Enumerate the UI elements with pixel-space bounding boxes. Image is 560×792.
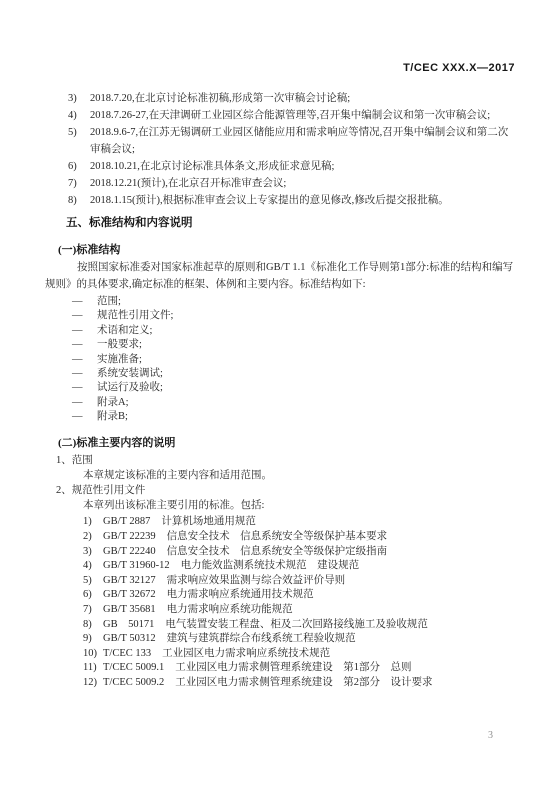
list-item-number: 3) <box>68 90 90 107</box>
referenced-standards-list: 1) GB/T 2887 计算机场地通用规范 2) GB/T 22239 信息安… <box>45 515 515 690</box>
clause-number: 1、 <box>56 455 72 466</box>
list-item-text: 附录A; <box>97 396 129 410</box>
list-item-number: 10) <box>83 647 103 662</box>
standard-name: 工业园区电力需求侧管理系统建设 第2部分 设计要求 <box>175 676 432 691</box>
list-item: 10) T/CEC 133 工业园区电力需求响应系统技术规范 <box>45 647 515 662</box>
structure-paragraph: 按照国家标准委对国家标准起草的原则和GB/T 1.1《标准化工作导则第1部分:标… <box>45 260 515 293</box>
standard-code: GB/T 32672 <box>103 588 156 603</box>
standard-name: 电力需求响应系统通用技术规范 <box>167 588 314 603</box>
list-item-text: 系统安装调试; <box>97 367 163 381</box>
list-item: 8) GB 50171 电气装置安装工程盘、柜及二次回路接线施工及验收规范 <box>45 618 515 633</box>
dash-bullet: — <box>72 324 97 338</box>
list-item: 9) GB/T 50312 建筑与建筑群综合布线系统工程验收规范 <box>45 632 515 647</box>
clause-body: 本章规定该标准的主要内容和适用范围。 <box>45 468 515 483</box>
list-item: 7) GB/T 35681 电力需求响应系统功能规范 <box>45 603 515 618</box>
standard-name: 建筑与建筑群综合布线系统工程验收规范 <box>167 632 356 647</box>
standard-name: 需求响应效果监测与综合效益评价导则 <box>167 574 346 589</box>
list-item-text: 2018.9.6-7,在江苏无锡调研工业园区储能应用和需求响应等情况,召开集中编… <box>90 124 515 158</box>
standard-code: GB/T 50312 <box>103 632 156 647</box>
list-item-number: 1) <box>83 515 103 530</box>
list-item: — 试运行及验收; <box>45 381 515 395</box>
standard-code: T/CEC 5009.2 <box>103 676 164 691</box>
revision-history-list: 3) 2018.7.20,在北京讨论标准初稿,形成第一次审稿会讨论稿; 4) 2… <box>45 90 515 209</box>
list-item-number: 9) <box>83 632 103 647</box>
dash-bullet: — <box>72 381 97 395</box>
list-item: 6) GB/T 32672 电力需求响应系统通用技术规范 <box>45 588 515 603</box>
clause-heading: 1、范围 <box>45 453 515 468</box>
list-item-number: 4) <box>83 559 103 574</box>
list-item-text: 一般要求; <box>97 338 142 352</box>
dash-bullet: — <box>72 353 97 367</box>
list-item: 12) T/CEC 5009.2 工业园区电力需求侧管理系统建设 第2部分 设计… <box>45 676 515 691</box>
standard-name: 信息安全技术 信息系统安全等级保护基本要求 <box>167 530 388 545</box>
list-item-number: 8) <box>83 618 103 633</box>
list-item: 6) 2018.10.21,在北京讨论标准具体条文,形成征求意见稿; <box>45 158 515 175</box>
dash-bullet: — <box>72 410 97 424</box>
list-item: 1) GB/T 2887 计算机场地通用规范 <box>45 515 515 530</box>
page-content: T/CEC XXX.X—2017 3) 2018.7.20,在北京讨论标准初稿,… <box>45 62 515 691</box>
list-item-number: 7) <box>83 603 103 618</box>
list-item-number: 6) <box>83 588 103 603</box>
clause-name: 规范性引用文件 <box>72 485 146 496</box>
list-item-text: 实施准备; <box>97 353 142 367</box>
standard-code: GB/T 31960-12 <box>103 559 170 574</box>
subsection-contents-title: (二)标准主要内容的说明 <box>58 436 515 450</box>
clause-heading: 2、规范性引用文件 <box>45 483 515 498</box>
standard-code: GB/T 32127 <box>103 574 156 589</box>
list-item-text: 2018.12.21(预计),在北京召开标准审查会议; <box>90 175 515 192</box>
list-item-text: 规范性引用文件; <box>97 309 173 323</box>
clause-name: 范围 <box>72 455 93 466</box>
dash-bullet: — <box>72 396 97 410</box>
standard-name: 电力需求响应系统功能规范 <box>167 603 293 618</box>
standard-code: T/CEC XXX.X—2017 <box>403 62 515 74</box>
list-item-text: 2018.1.15(预计),根据标准审查会议上专家提出的意见修改,修改后提交报批… <box>90 192 515 209</box>
list-item-number: 8) <box>68 192 90 209</box>
standard-name: 电气装置安装工程盘、柜及二次回路接线施工及验收规范 <box>165 618 428 633</box>
dash-bullet: — <box>72 295 97 309</box>
standard-code: GB/T 2887 <box>103 515 150 530</box>
clause-list: 1、范围 本章规定该标准的主要内容和适用范围。 2、规范性引用文件 本章列出该标… <box>45 453 515 514</box>
standard-name: 工业园区电力需求侧管理系统建设 第1部分 总则 <box>175 661 411 676</box>
standard-code: GB/T 22239 <box>103 530 156 545</box>
list-item-text: 试运行及验收; <box>97 381 163 395</box>
list-item: 5) GB/T 32127 需求响应效果监测与综合效益评价导则 <box>45 574 515 589</box>
standard-name: 工业园区电力需求响应系统技术规范 <box>162 647 330 662</box>
clause-number: 2、 <box>56 485 72 496</box>
list-item-number: 2) <box>83 530 103 545</box>
document-header: T/CEC XXX.X—2017 <box>45 62 515 74</box>
list-item-number: 11) <box>83 661 103 676</box>
list-item-text: 附录B; <box>97 410 128 424</box>
list-item: — 系统安装调试; <box>45 367 515 381</box>
list-item-text: 2018.7.20,在北京讨论标准初稿,形成第一次审稿会讨论稿; <box>90 90 515 107</box>
list-item: 4) GB/T 31960-12 电力能效监测系统技术规范 建设规范 <box>45 559 515 574</box>
list-item: — 规范性引用文件; <box>45 309 515 323</box>
list-item: — 一般要求; <box>45 338 515 352</box>
list-item-text: 2018.10.21,在北京讨论标准具体条文,形成征求意见稿; <box>90 158 515 175</box>
list-item: — 实施准备; <box>45 353 515 367</box>
standard-code: GB/T 35681 <box>103 603 156 618</box>
list-item: 8) 2018.1.15(预计),根据标准审查会议上专家提出的意见修改,修改后提… <box>45 192 515 209</box>
standard-name: 信息安全技术 信息系统安全等级保护定级指南 <box>167 545 388 560</box>
list-item-number: 6) <box>68 158 90 175</box>
list-item: — 范围; <box>45 295 515 309</box>
standard-code: GB/T 22240 <box>103 545 156 560</box>
standard-code: T/CEC 133 <box>103 647 151 662</box>
standard-name: 电力能效监测系统技术规范 建设规范 <box>181 559 360 574</box>
list-item: 7) 2018.12.21(预计),在北京召开标准审查会议; <box>45 175 515 192</box>
list-item-text: 术语和定义; <box>97 324 152 338</box>
dash-bullet: — <box>72 367 97 381</box>
list-item: 3) GB/T 22240 信息安全技术 信息系统安全等级保护定级指南 <box>45 545 515 560</box>
structure-item-list: — 范围; — 规范性引用文件; — 术语和定义; — 一般要求; — 实施准备… <box>45 295 515 425</box>
section-title: 五、标准结构和内容说明 <box>66 216 515 231</box>
list-item: 11) T/CEC 5009.1 工业园区电力需求侧管理系统建设 第1部分 总则 <box>45 661 515 676</box>
subsection-structure-title: (一)标准结构 <box>58 243 515 257</box>
clause-body: 本章列出该标准主要引用的标准。包括: <box>45 498 515 513</box>
list-item-number: 5) <box>83 574 103 589</box>
list-item: 2) GB/T 22239 信息安全技术 信息系统安全等级保护基本要求 <box>45 530 515 545</box>
dash-bullet: — <box>72 309 97 323</box>
list-item-number: 5) <box>68 124 90 158</box>
list-item: 3) 2018.7.20,在北京讨论标准初稿,形成第一次审稿会讨论稿; <box>45 90 515 107</box>
list-item-number: 7) <box>68 175 90 192</box>
list-item-number: 12) <box>83 676 103 691</box>
list-item: — 附录A; <box>45 396 515 410</box>
standard-name: 计算机场地通用规范 <box>161 515 256 530</box>
list-item-text: 2018.7.26-27,在天津调研工业园区综合能源管理等,召开集中编制会议和第… <box>90 107 515 124</box>
list-item: — 术语和定义; <box>45 324 515 338</box>
standard-code: GB 50171 <box>103 618 154 633</box>
list-item: — 附录B; <box>45 410 515 424</box>
list-item: 5) 2018.9.6-7,在江苏无锡调研工业园区储能应用和需求响应等情况,召开… <box>45 124 515 158</box>
list-item-text: 范围; <box>97 295 121 309</box>
standard-code: T/CEC 5009.1 <box>103 661 164 676</box>
dash-bullet: — <box>72 338 97 352</box>
list-item-number: 3) <box>83 545 103 560</box>
list-item-number: 4) <box>68 107 90 124</box>
document-page: T/CEC XXX.X—2017 3) 2018.7.20,在北京讨论标准初稿,… <box>0 0 560 792</box>
list-item: 4) 2018.7.26-27,在天津调研工业园区综合能源管理等,召开集中编制会… <box>45 107 515 124</box>
page-number: 3 <box>488 730 493 742</box>
